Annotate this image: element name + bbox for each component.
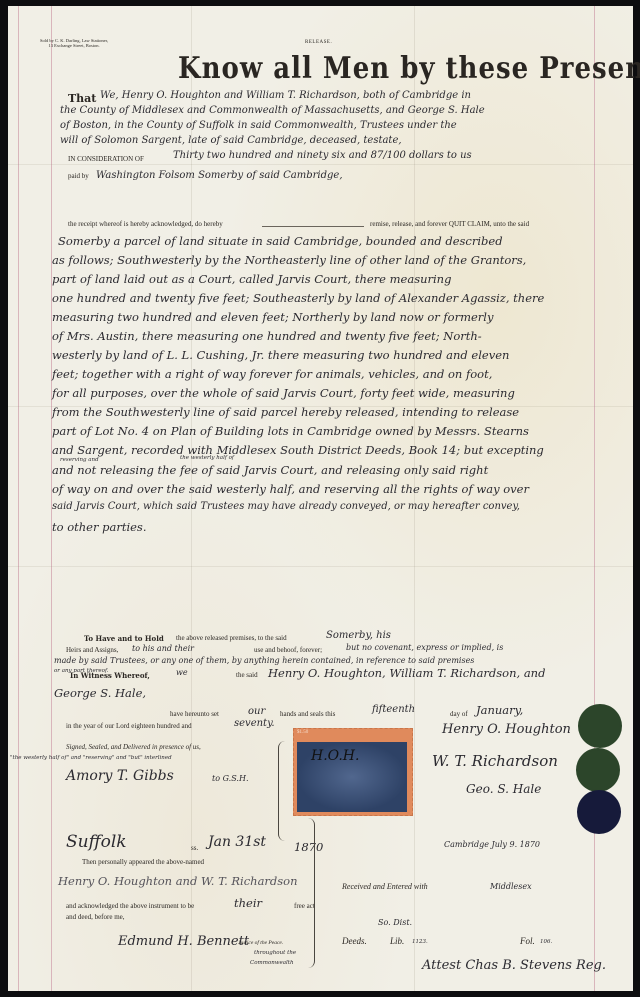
witness-signature: Amory T. Gibbs [66,768,174,784]
signature-hale: Geo. S. Hale [466,782,541,796]
description-line: and not releasing the fee of said Jarvis… [52,463,488,477]
stationer-address: 13 Exchange Street, Boston. [40,43,108,48]
description-line: of way on and over the said westerly hal… [52,482,529,496]
margin-rule-left-inner [51,6,52,991]
registry-attest: Attest Chas B. Stevens Reg. [422,958,606,973]
execution-our: our [248,706,265,717]
revenue-stamp: $1.50 H.O.H. [293,728,413,818]
description-line: said Jarvis Court, which said Trustees m… [52,501,520,512]
description-line: one hundred and twenty five feet; Southe… [52,291,544,305]
stationer-imprint: Sold by C. K. Darling, Law Stationer, 13… [40,38,108,48]
description-line: from the Southwesterly line of said parc… [52,405,519,419]
ack-text: Then personally appeared the above-named [82,858,204,866]
registry-county: Middlesex [490,882,532,891]
ack-names: Henry O. Houghton and W. T. Richardson [58,874,298,888]
ack-county: Suffolk [66,832,127,852]
registry-fol-label: Fol. [520,936,535,946]
description-line: to other parties. [52,520,147,534]
description-line: Somerby a parcel of land situate in said… [58,234,503,248]
interlineation-margin-note: "the westerly half of" and "reserving" a… [10,755,172,761]
registry-district: So. Dist. [378,918,412,927]
seal-icon [578,750,618,790]
registry-lib-value: 1123. [412,939,428,945]
habendum-text: the above released premises, to the said [176,634,287,642]
receipt-clause-start: the receipt whereof is hereby acknowledg… [68,220,223,228]
blank-line [262,226,364,227]
description-line: as follows; Southwesterly by the Northea… [52,253,526,267]
margin-rule-left-outer [18,6,19,991]
paid-by-label: paid by [68,172,89,180]
fold-line [8,566,633,567]
justice-note: throughout the [254,950,296,956]
grantor-line: will of Solomon Sargent, late of said Ca… [60,135,402,146]
signature-richardson: W. T. Richardson [432,752,558,770]
grantor-line: the County of Middlesex and Commonwealth… [60,105,485,116]
execution-year: seventy. [234,718,275,729]
description-line: westerly by land of L. L. Cushing, Jr. t… [52,348,509,362]
execution-day: fifteenth [372,704,415,715]
no-covenant-clause: made by said Trustees, or any one of the… [54,656,474,665]
signature-houghton: Henry O. Houghton [442,722,571,737]
receipt-clause-end: remise, release, and forever QUIT CLAIM,… [370,220,529,228]
interlineation: the westerly half of [180,455,234,461]
ack-date: Jan 31st [208,834,266,850]
justice-title: Justice of the Peace. [238,940,283,946]
registry-date: Cambridge July 9. 1870 [444,840,540,849]
witness-note: to G.S.H. [212,774,248,783]
fold-line [8,164,633,165]
document-title: Know all Men by these Presents, [178,52,640,87]
habendum-heading: To Have and to Hold [84,634,164,643]
ack-ss: ss. [191,844,198,852]
stamp-denomination: $1.50 [297,730,308,735]
registry-received: Received and Entered with [342,882,428,891]
consideration-label: IN CONSIDERATION OF [68,155,144,163]
seal-icon [579,792,619,832]
description-line: feet; together with a right of way forev… [52,367,492,381]
printed-that: That [68,92,96,105]
witness-we: we [176,668,188,677]
justice-signature: Edmund H. Bennett [118,934,249,949]
use-behoof: use and behoof, forever; [254,646,322,654]
grantor-line: We, Henry O. Houghton and William T. Ric… [100,90,471,101]
description-line: and Sargent, recorded with Middlesex Sou… [52,443,544,457]
ack-text: and deed, before me, [66,913,125,921]
consideration-amount: Thirty two hundred and ninety six and 87… [173,150,472,161]
execution-text: in the year of our Lord eighteen hundred… [66,722,192,730]
heirs-assigns: Heirs and Assigns, [66,646,118,654]
habendum-hand: to his and their [132,644,194,653]
grantor-names: Henry O. Houghton, William T. Richardson… [268,666,545,680]
execution-text: day of [450,710,468,718]
seal-icon [580,706,620,746]
the-said: the said [236,671,258,679]
acknowledgment-brace [308,818,315,968]
grantor-line: of Boston, in the County of Suffolk in s… [60,120,457,131]
description-line: part of land laid out as a Court, called… [52,272,451,286]
ack-their: their [234,896,262,910]
margin-rule-right [594,6,595,991]
description-line: for all purposes, over the whole of said… [52,386,515,400]
payer-name: Washington Folsom Somerby of said Cambri… [96,170,343,181]
execution-month: January, [476,703,523,717]
no-covenant-clause: but no covenant, express or implied, is [346,643,503,652]
description-line: of Mrs. Austin, there measuring one hund… [52,329,482,343]
grantee-name: Somerby, his [326,630,391,641]
deed-paper: Sold by C. K. Darling, Law Stationer, 13… [8,6,633,991]
ack-text: and acknowledged the above instrument to… [66,902,194,910]
grantor-names: George S. Hale, [54,686,146,700]
in-witness-heading: In Witness Whereof, [70,671,150,680]
attestation-text: Signed, Sealed, and Delivered in presenc… [66,743,201,751]
execution-text: have hereunto set [170,710,219,718]
execution-text: hands and seals this [280,710,335,718]
justice-note: Commonwealth [250,960,294,966]
description-line: part of Lot No. 4 on Plan of Building lo… [52,424,529,438]
registry-deeds-label: Deeds. [342,936,367,946]
registry-fol-value: 106. [540,939,552,945]
form-label: RELEASE. [305,40,332,45]
registry-lib-label: Lib. [390,936,404,946]
attestation-brace [278,741,285,841]
stamp-cancellation: H.O.H. [311,748,359,764]
description-line: measuring two hundred and eleven feet; N… [52,310,493,324]
